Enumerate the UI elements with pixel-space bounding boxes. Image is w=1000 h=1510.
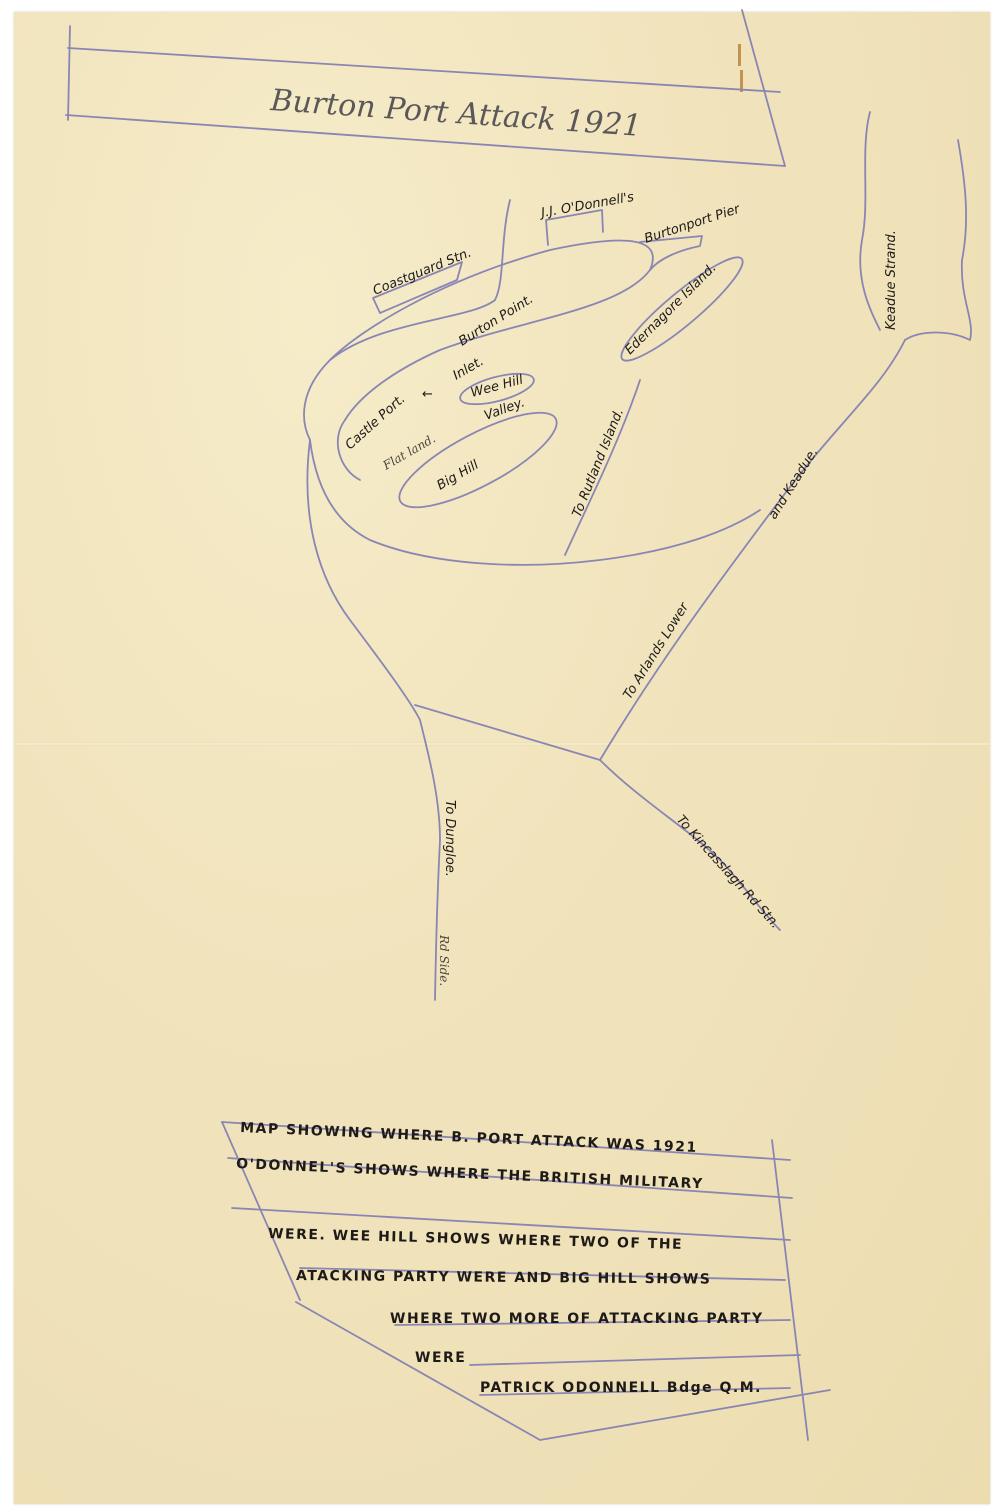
label-to-kincasslagh: To Kincasslagh Rd Stn. [673,813,782,932]
hand-drawn-map: Burton Port Attack 1921 Coastguard Stn. … [0,0,1000,1510]
label-keadue-strand: Keadue Strand. [884,230,899,330]
label-jj-odonnells: J.J. O'Donnell's [537,190,635,222]
label-rd-side: Rd Side. [437,934,451,986]
legend-line-1: MAP SHOWING WHERE B. PORT ATTACK WAS 192… [240,1120,698,1156]
arrow-icon: ← [422,387,433,402]
title-box: Burton Port Attack 1921 [66,10,785,166]
label-to-dungloe: To Dungloe. [442,800,457,877]
coastline [304,112,971,1000]
rust-stain [738,44,741,66]
legend-signature: PATRICK ODONNELL Bdge Q.M. [480,1380,762,1396]
legend-line-2: O'DONNEL'S SHOWS WHERE THE BRITISH MILIT… [236,1156,704,1192]
legend-line-6: WERE [415,1350,466,1366]
label-burtonport-pier: Burtonport Pier [643,201,744,246]
legend-line-5: WHERE TWO MORE OF ATTACKING PARTY [390,1311,764,1327]
label-big-hill: Big Hill [435,458,482,494]
label-inlet: Inlet. [451,354,487,383]
legend-text: MAP SHOWING WHERE B. PORT ATTACK WAS 192… [236,1120,764,1396]
map-title: Burton Port Attack 1921 [268,83,642,144]
label-flat-land: Flat land. [380,431,438,473]
map-labels: Coastguard Stn. J.J. O'Donnell's Burtonp… [343,190,899,986]
label-burton-point: Burton Point. [456,292,536,350]
legend-line-4: ATACKING PARTY WERE AND BIG HILL SHOWS [296,1268,711,1288]
label-and-keadue: and Keadue. [766,445,822,522]
label-to-annagry: To Arlands Lower [621,599,693,702]
label-coastguard-station: Coastguard Stn. [371,246,474,299]
label-to-rutland-island: To Rutland Island. [570,406,627,519]
label-castle-port: Castle Port. [343,392,409,453]
